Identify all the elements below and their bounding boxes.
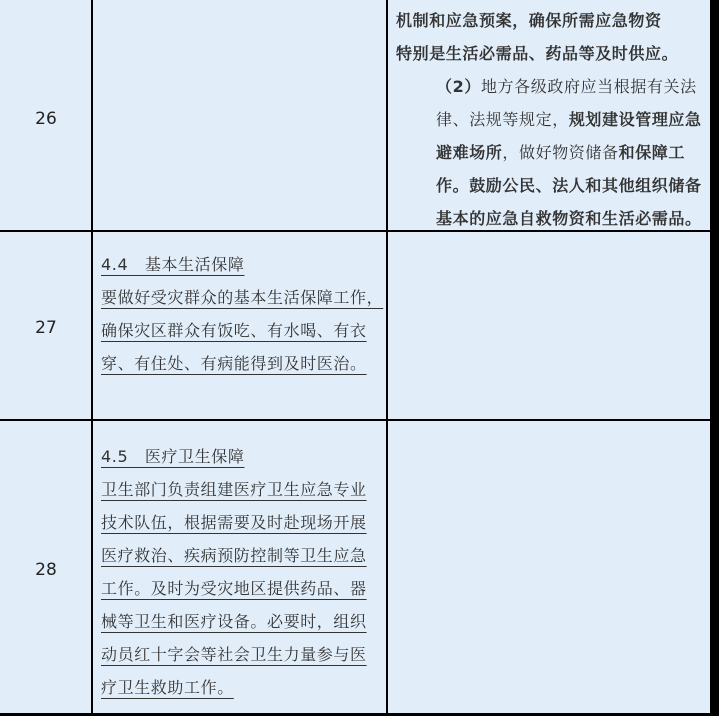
text-line: 特别是生活必需品、药品等及时供应。	[396, 37, 708, 70]
text-line: 机制和应急预案，确保所需应急物资	[396, 4, 708, 37]
row-divider	[0, 419, 710, 421]
row-27-original-text: 4.4 基本生活保障 要做好受灾群众的基本生活保障工作，确保灾区群众有饭吃、有水…	[101, 248, 387, 380]
row-number: 26	[0, 109, 92, 129]
comparison-table: 26 机制和应急预案，确保所需应急物资 特别是生活必需品、药品等及时供应。 （2…	[0, 0, 710, 713]
paragraph: （2）地方各级政府应当根据有关法律、法规等规定，规划建设管理应急避难场所，做好物…	[396, 70, 708, 235]
column-divider	[91, 0, 93, 713]
row-number: 28	[0, 560, 92, 580]
clause-number: （2）	[436, 77, 481, 96]
text-span: ，做好物资储备	[502, 143, 618, 162]
section-body: 要做好受灾群众的基本生活保障工作，确保灾区群众有饭吃、有水喝、有衣穿、有住处、有…	[101, 281, 387, 380]
row-number: 27	[0, 318, 92, 338]
row-28-original-text: 4.5 医疗卫生保障 卫生部门负责组建医疗卫生应急专业技术队伍，根据需要及时赴现…	[101, 440, 381, 704]
section-body: 卫生部门负责组建医疗卫生应急专业技术队伍，根据需要及时赴现场开展医疗救治、疾病预…	[101, 473, 381, 704]
row-26-revised-text: 机制和应急预案，确保所需应急物资 特别是生活必需品、药品等及时供应。 （2）地方…	[396, 4, 708, 235]
section-heading: 4.4 基本生活保障	[101, 248, 387, 281]
section-heading: 4.5 医疗卫生保障	[101, 440, 381, 473]
